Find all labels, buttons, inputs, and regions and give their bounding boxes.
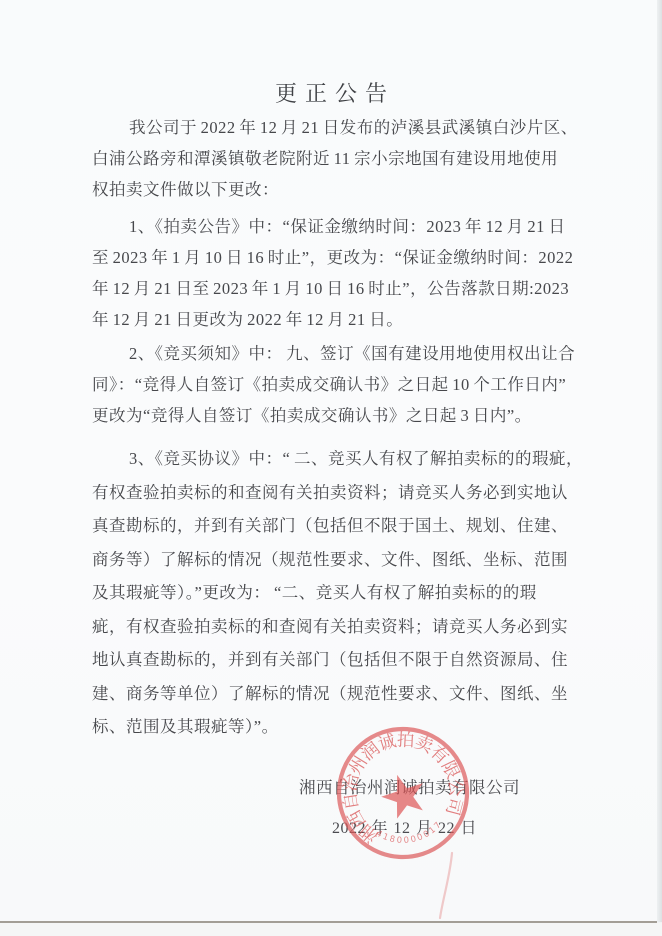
- paragraph-intro: 我公司于 2022 年 12 月 21 日发布的泸溪县武溪镇白沙片区、白浦公路旁…: [92, 112, 592, 205]
- text-line: 疵，有权查验拍卖标的和查阅有关拍卖资料；请竞买人务必到实: [92, 610, 592, 644]
- page-title: 更正公告: [92, 80, 570, 108]
- text-line: 及其瑕疵等）。”更改为： “二、竞买人有权了解拍卖标的的瑕: [92, 576, 592, 610]
- text-line: 1、《拍卖公告》中：“保证金缴纳时间：2023 年 12 月 21 日: [92, 211, 592, 242]
- scan-right-edge: [657, 0, 662, 922]
- ink-smudge-mark: [425, 848, 465, 923]
- text-line: 同》：“竞得人自签订《拍卖成交确认书》之日起 10 个工作日内”: [92, 369, 592, 400]
- scan-background: [0, 923, 662, 936]
- text-line: 建、商务等单位）了解标的情况（规范性要求、文件、图纸、坐: [92, 677, 592, 711]
- paragraph-item-2: 2、《竞买须知》中： 九、签订《国有建设用地使用权出让合同》：“竞得人自签订《拍…: [92, 338, 592, 431]
- text-line: 年 12 月 21 日更改为 2022 年 12 月 21 日。: [92, 304, 592, 335]
- text-line: 标、范围及其瑕疵等）”。: [92, 710, 592, 744]
- text-line: 至 2023 年 1 月 10 日 16 时止”，更改为：“保证金缴纳时间：20…: [92, 242, 592, 273]
- scanned-page: { "page": { "paper_color": "#f9fbfc", "e…: [0, 0, 662, 936]
- text-line: 真查勘标的，并到有关部门（包括但不限于国土、规划、住建、: [92, 509, 592, 543]
- signature-date: 2022 年 12 月 22 日: [332, 815, 477, 838]
- text-line: 商务等）了解标的情况（规范性要求、文件、图纸、坐标、范围: [92, 543, 592, 577]
- text-line: 地认真查勘标的，并到有关部门（包括但不限于自然资源局、住: [92, 643, 592, 677]
- text-line: 2、《竞买须知》中： 九、签订《国有建设用地使用权出让合: [92, 338, 592, 369]
- text-line: 3、《竞买协议》中：“ 二、竞买人有权了解拍卖标的的瑕疵，: [92, 442, 592, 476]
- text-line: 白浦公路旁和潭溪镇敬老院附近 11 宗小宗地国有建设用地使用: [92, 143, 592, 174]
- text-line: 权拍卖文件做以下更改：: [92, 174, 592, 205]
- text-line: 更改为“竞得人自签订《拍卖成交确认书》之日起 3 日内”。: [92, 400, 592, 431]
- paragraph-item-3: 3、《竞买协议》中：“ 二、竞买人有权了解拍卖标的的瑕疵，有权查验拍卖标的和查阅…: [92, 442, 592, 744]
- text-line: 年 12 月 21 日至 2023 年 1 月 10 日 16 时止”，公告落款…: [92, 273, 592, 304]
- paper-sheet: 更正公告 我公司于 2022 年 12 月 21 日发布的泸溪县武溪镇白沙片区、…: [0, 0, 657, 922]
- signature-company: 湘西自治州润诚拍卖有限公司: [299, 774, 520, 798]
- text-line: 我公司于 2022 年 12 月 21 日发布的泸溪县武溪镇白沙片区、: [92, 112, 592, 143]
- text-line: 有权查验拍卖标的和查阅有关拍卖资料；请竞买人务必到实地认: [92, 476, 592, 510]
- document-body: 我公司于 2022 年 12 月 21 日发布的泸溪县武溪镇白沙片区、白浦公路旁…: [92, 112, 592, 744]
- paragraph-item-1: 1、《拍卖公告》中：“保证金缴纳时间：2023 年 12 月 21 日至 202…: [92, 211, 592, 335]
